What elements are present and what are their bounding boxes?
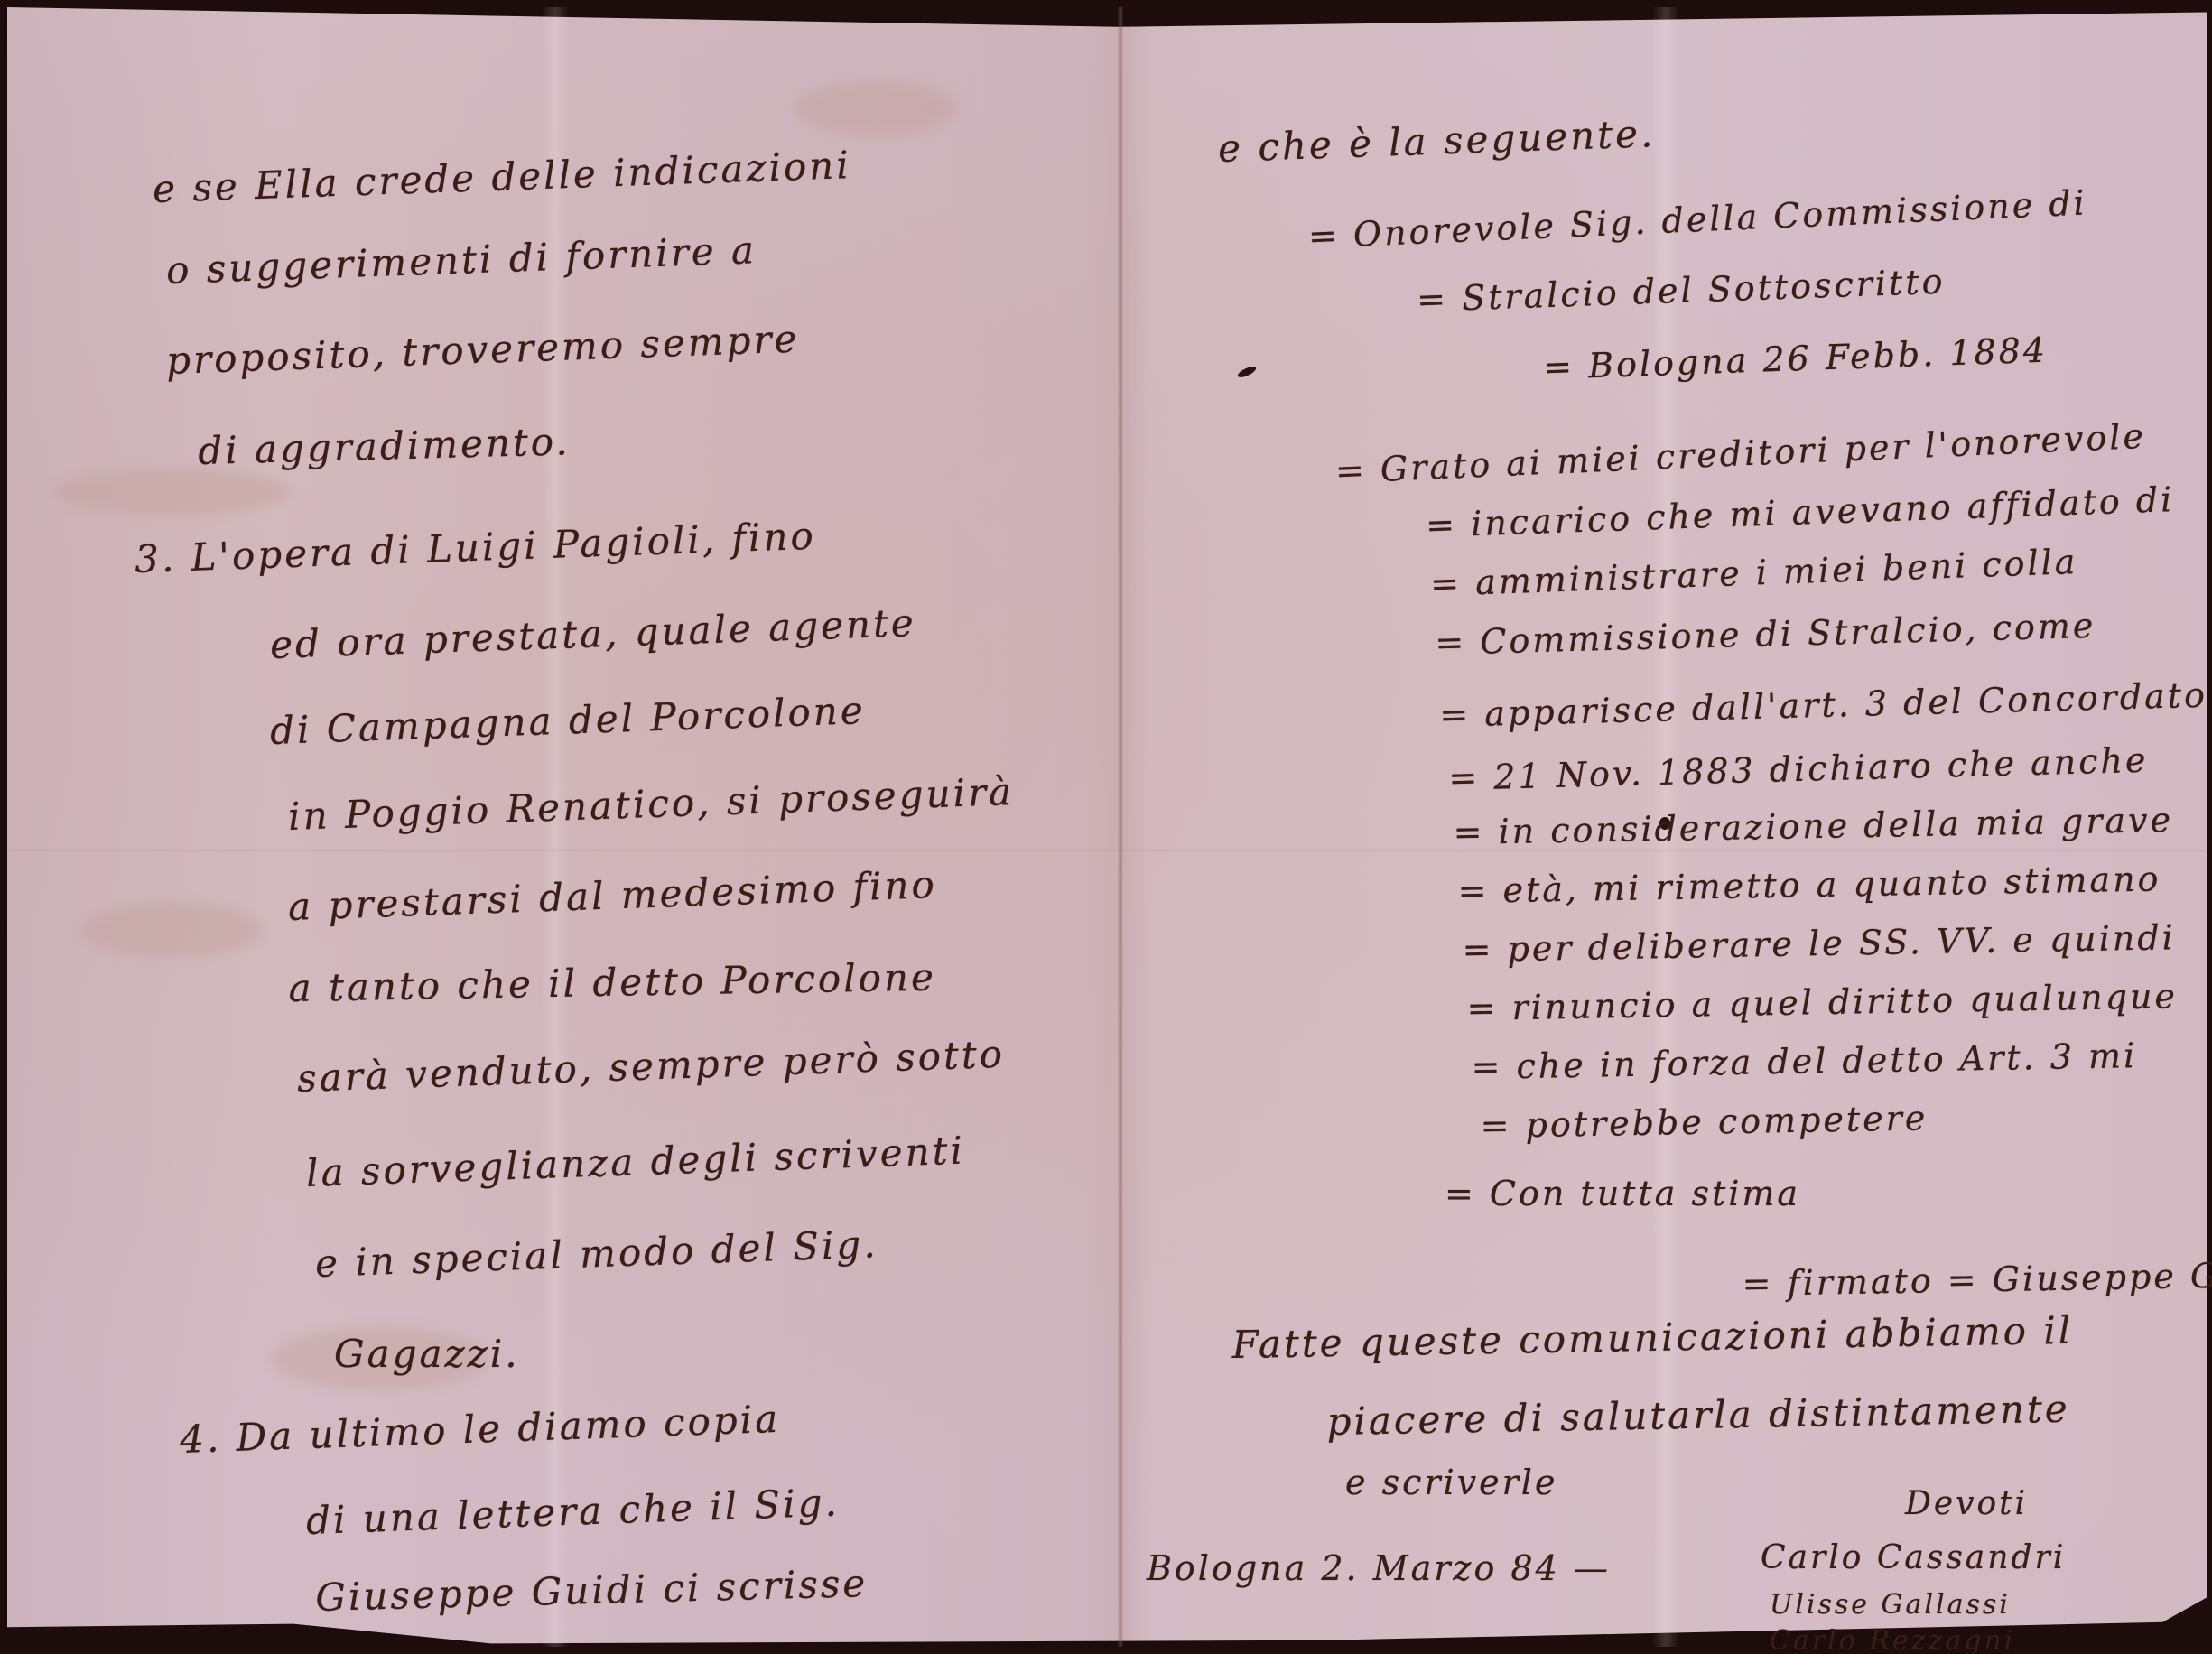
text-line: di una lettera che il Sig. [305,1480,840,1543]
quoted-line: = Onorevole Sig. della Commissione di [1307,182,2088,256]
quoted-line: = età, mi rimetto a quanto stimano [1457,859,2161,911]
text-line: 4. Da ultimo le diamo copia [179,1397,781,1462]
text-line: proposito, troveremo sempre [165,317,800,383]
quoted-line: = Bologna 26 Febb. 1884 [1542,330,2048,387]
text-line: di Campagna del Porcolone [269,688,866,753]
quoted-signature: = firmato = Giuseppe Guidi [1742,1254,2212,1304]
text-line: Giuseppe Guidi ci scrisse [315,1561,869,1620]
signature-3: Carlo Rezzagni [1770,1625,2015,1654]
text-line: di aggradimento. [198,419,572,473]
quoted-line: = rinuncio a quel diritto qualunque [1466,976,2178,1028]
left-page: e se Ella crede delle indicazioni o sugg… [0,0,1120,1654]
text-line: e che è la seguente. [1217,111,1656,171]
quoted-line: = Grato ai miei creditori per l'onorevol… [1334,416,2147,491]
quoted-line: = per deliberare le SS. VV. e quindi [1462,917,2176,970]
text-line: e scriverle [1345,1463,1557,1502]
text-line: a tanto che il detto Porcolone [288,954,936,1010]
text-line: sarà venduto, sempre però sotto [296,1032,1005,1101]
quoted-line: = Commissione di Stralcio, come [1435,606,2096,663]
quoted-line: = Stralcio del Sottoscritto [1416,262,1946,320]
quoted-line: = amministrare i miei beni colla [1429,542,2078,604]
text-line: e in special modo del Sig. [314,1222,878,1286]
quoted-line: = incarico che mi avevano affidato di [1425,479,2174,545]
text-line: la sorveglianza degli scriventi [305,1129,965,1195]
text-line: piacere di salutarla distintamente [1326,1387,2070,1444]
signature-1: Carlo Cassandri [1761,1539,2066,1576]
closing: Devoti [1905,1485,2028,1522]
text-line: ed ora prestata, quale agente [269,600,916,667]
quoted-line: = in considerazione della mia grave [1453,800,2173,852]
text-line: a prestarsi dal medesimo fino [287,862,937,929]
signature-2: Ulisse Gallassi [1770,1589,2011,1621]
quoted-line: = potrebbe competere [1480,1098,1928,1146]
text-line: o suggerimenti di fornire a [165,228,757,293]
quoted-line: = 21 Nov. 1883 dichiaro che anche [1448,740,2149,798]
right-page: e che è la seguente. = Onorevole Sig. de… [1120,0,2212,1654]
text-line: Fatte queste comunicazioni abbiamo il [1231,1308,2073,1367]
quoted-line: = che in forza del detto Art. 3 mi [1471,1036,2137,1087]
quoted-line: = Con tutta stima [1445,1174,1800,1213]
text-line: in Poggio Renatico, si proseguirà [287,769,1015,839]
text-line: e se Ella crede delle indicazioni [152,143,851,211]
place-date: Bologna 2. Marzo 84 — [1147,1548,1611,1588]
text-line: 3. L'opera di Luigi Pagioli, fino [134,514,816,581]
text-line: Gagazzi. [334,1332,520,1376]
quoted-line: = apparisce dall'art. 3 del Concordato [1439,675,2208,735]
